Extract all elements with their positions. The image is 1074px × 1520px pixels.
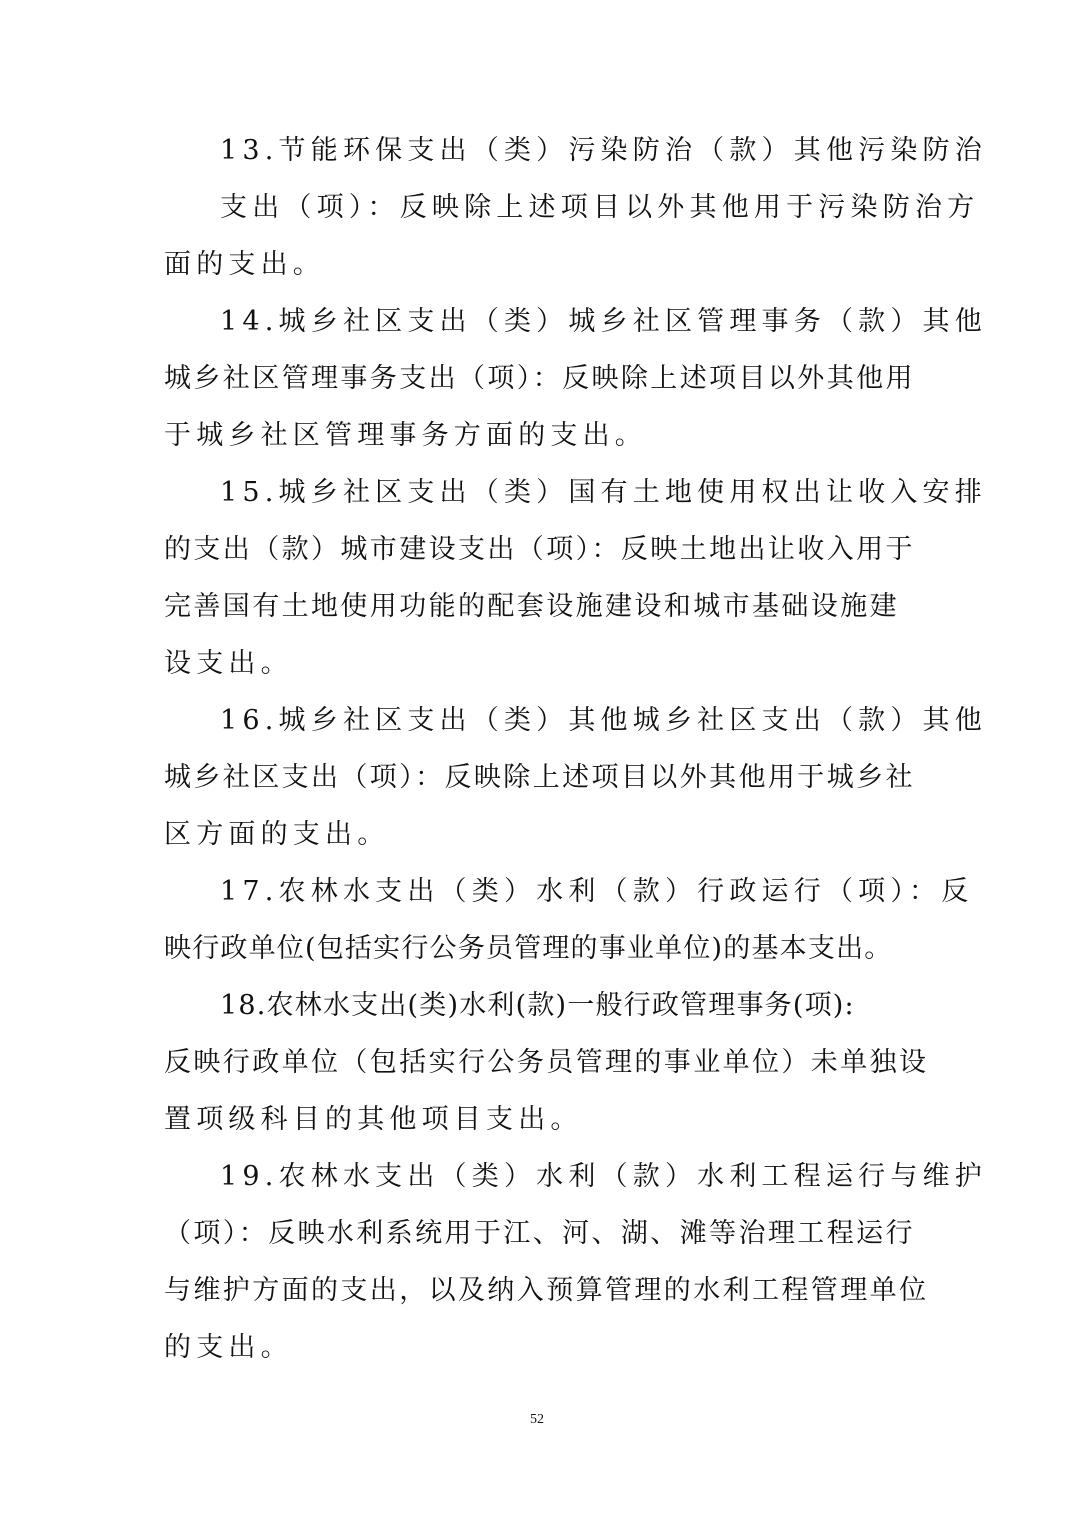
text-line: 17.农林水支出（类）水利（款）行政运行（项）：反: [164, 863, 914, 920]
text-line: 16.城乡社区支出（类）其他城乡社区支出（款）其他: [164, 692, 914, 749]
text-line: 区方面的支出。: [164, 806, 914, 863]
text-line: 城乡社区管理事务支出（项）：反映除上述项目以外其他用: [164, 350, 914, 407]
text-line: 置项级科目的其他项目支出。: [164, 1091, 914, 1148]
text-line: 面的支出。: [164, 236, 914, 293]
paragraph-17: 17.农林水支出（类）水利（款）行政运行（项）：反 映行政单位(包括实行公务员管…: [164, 863, 914, 977]
text-line: 的支出（款）城市建设支出（项）：反映土地出让收入用于: [164, 521, 914, 578]
text-line: 13.节能环保支出（类）污染防治（款）其他污染防治: [164, 122, 914, 179]
text-line: 设支出。: [164, 635, 914, 692]
paragraph-19: 19.农林水支出（类）水利（款）水利工程运行与维护 （项）：反映水利系统用于江、…: [164, 1148, 914, 1376]
text-line: 完善国有土地使用功能的配套设施建设和城市基础设施建: [164, 578, 914, 635]
text-line: 14.城乡社区支出（类）城乡社区管理事务（款）其他: [164, 293, 914, 350]
paragraph-14: 14.城乡社区支出（类）城乡社区管理事务（款）其他 城乡社区管理事务支出（项）：…: [164, 293, 914, 464]
text-line: 反映行政单位（包括实行公务员管理的事业单位）未单独设: [164, 1034, 914, 1091]
document-body: 13.节能环保支出（类）污染防治（款）其他污染防治 支出（项）：反映除上述项目以…: [164, 122, 914, 1376]
page-number: 52: [0, 1412, 1074, 1428]
text-line: 映行政单位(包括实行公务员管理的事业单位)的基本支出。: [164, 920, 914, 977]
text-line: 18.农林水支出(类)水利(款)一般行政管理事务(项):: [164, 977, 914, 1034]
text-line: 19.农林水支出（类）水利（款）水利工程运行与维护: [164, 1148, 914, 1205]
paragraph-16: 16.城乡社区支出（类）其他城乡社区支出（款）其他 城乡社区支出（项）：反映除上…: [164, 692, 914, 863]
text-line: 支出（项）：反映除上述项目以外其他用于污染防治方: [164, 179, 914, 236]
text-line: 与维护方面的支出，以及纳入预算管理的水利工程管理单位: [164, 1262, 914, 1319]
paragraph-18: 18.农林水支出(类)水利(款)一般行政管理事务(项): 反映行政单位（包括实行…: [164, 977, 914, 1148]
text-line: 的支出。: [164, 1319, 914, 1376]
text-line: 城乡社区支出（项）：反映除上述项目以外其他用于城乡社: [164, 749, 914, 806]
text-line: 15.城乡社区支出（类）国有土地使用权出让收入安排: [164, 464, 914, 521]
paragraph-13: 13.节能环保支出（类）污染防治（款）其他污染防治 支出（项）：反映除上述项目以…: [164, 122, 914, 293]
text-line: 于城乡社区管理事务方面的支出。: [164, 407, 914, 464]
text-line: （项）：反映水利系统用于江、河、湖、滩等治理工程运行: [164, 1205, 914, 1262]
paragraph-15: 15.城乡社区支出（类）国有土地使用权出让收入安排 的支出（款）城市建设支出（项…: [164, 464, 914, 692]
